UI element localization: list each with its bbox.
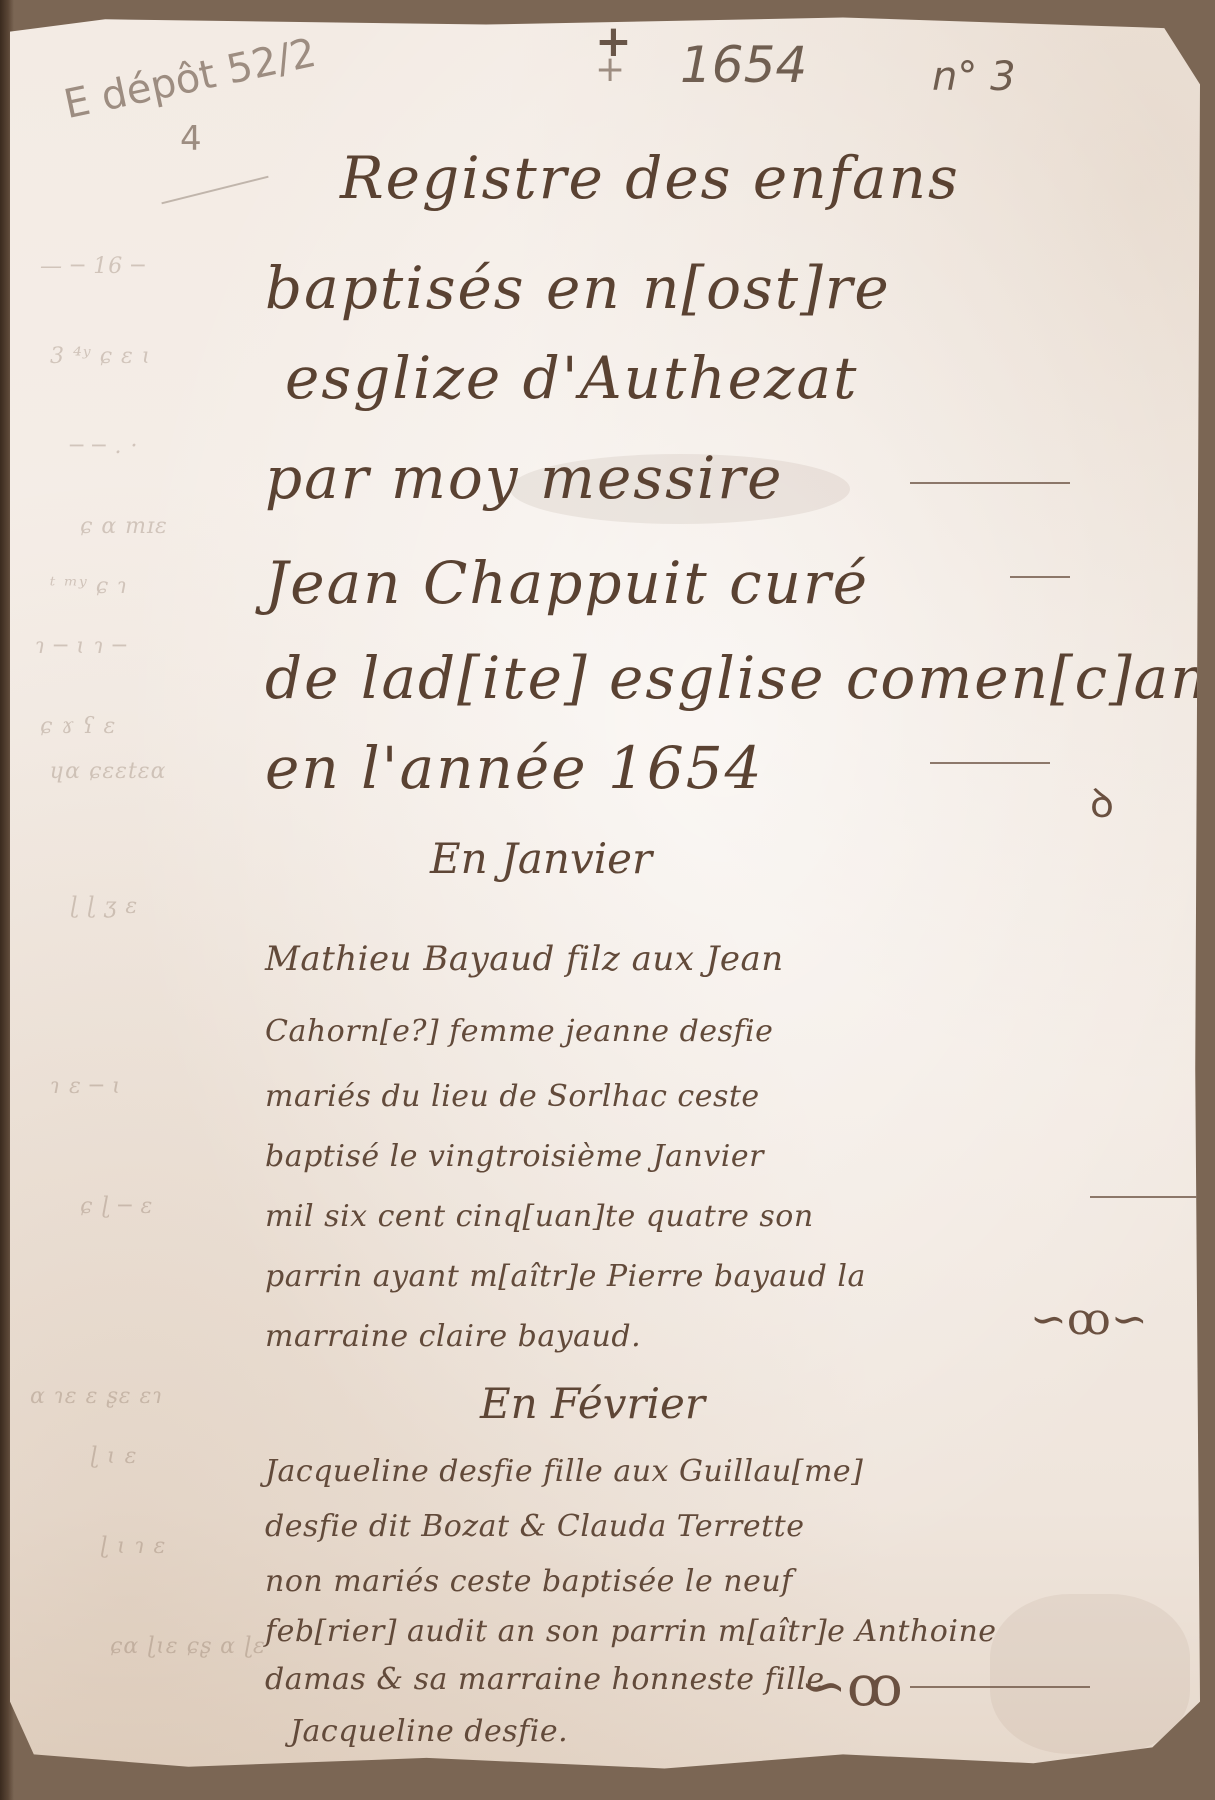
bleed-through-text: 3 ⁴ʸ ɕ ɛ ɩ	[50, 344, 151, 369]
number-label: n° 3	[932, 54, 1016, 100]
bleed-through-text: ɭ ɩ ɛ	[90, 1444, 137, 1469]
stain-mark	[990, 1594, 1190, 1754]
cross-mark-faint: +	[595, 49, 625, 90]
entry-january-line-2: Cahorn[e?] femme jeanne desfie	[265, 1014, 773, 1049]
entry-february-line-3: non mariés ceste baptisée le neuf	[265, 1564, 793, 1599]
entry-january-line-1: Mathieu Bayaud filz aux Jean	[265, 939, 784, 979]
entry-january-line-4: baptisé le vingtroisième Janvier	[265, 1139, 764, 1174]
title-line-2: baptisés en n[ost]re	[265, 254, 891, 322]
entry-february-line-4: feb[rier] audit an son parrin m[aîtr]e A…	[265, 1614, 997, 1649]
archive-reference: E dépôt 52/2	[60, 30, 320, 128]
title-line-4: par moy messire	[265, 444, 783, 512]
entry-january-line-7: marraine claire bayaud.	[265, 1319, 641, 1354]
bleed-through-text: ─ ─ . ·	[70, 434, 138, 459]
title-line-3: esglize d'Authezat	[285, 344, 858, 412]
bleed-through-text: ɥɑ ɕɛɛtɛɑ	[50, 759, 166, 784]
bleed-through-text: ɑ ɿɛ ɛ ʂɛ ɛɿ	[30, 1384, 163, 1409]
line-filler	[910, 482, 1070, 484]
bleed-through-text: — ─ 16 ─	[40, 254, 145, 279]
entry-february-line-1: Jacqueline desfie fille aux Guillau[me]	[265, 1454, 863, 1489]
title-line-7: en l'année 1654	[265, 734, 764, 802]
scanned-page-background: — ─ 16 ─ 3 ⁴ʸ ɕ ɛ ɩ ─ ─ . · ɕ ɑ mɪɛ ᵗ ᵐʸ…	[0, 0, 1215, 1800]
register-page: — ─ 16 ─ 3 ⁴ʸ ɕ ɛ ɩ ─ ─ . · ɕ ɑ mɪɛ ᵗ ᵐʸ…	[10, 14, 1200, 1772]
title-line-5: Jean Chappuit curé	[265, 549, 869, 617]
entry-january-line-3: mariés du lieu de Sorlhac ceste	[265, 1079, 760, 1114]
flourish-mark: ∽ꝏ∽	[1030, 1294, 1148, 1345]
entry-february-line-2: desfie dit Bozat & Clauda Terrette	[265, 1509, 804, 1544]
bleed-through-text: ɿ ɛ ─ ɩ	[50, 1074, 122, 1099]
bleed-through-text: ɕ ɑ mɪɛ	[80, 514, 168, 539]
line-filler	[910, 1686, 1090, 1688]
title-line-6: de lad[ite] esglise comen[c]ant	[265, 644, 1215, 712]
entry-february-line-5: damas & sa marraine honneste fille	[265, 1662, 825, 1697]
year-annotation: 1654	[680, 36, 807, 94]
entry-january-line-6: parrin ayant m[aîtr]e Pierre bayaud la	[265, 1259, 866, 1294]
line-filler	[1090, 1196, 1210, 1198]
bleed-through-text: ɕ ɭ ─ ɛ	[80, 1194, 153, 1219]
number-prefix: n°	[932, 54, 977, 100]
line-filler	[1010, 576, 1070, 578]
title-line-1: Registre des enfans	[340, 144, 960, 212]
month-heading-february: En Février	[480, 1379, 705, 1428]
number-value: 3	[990, 54, 1015, 100]
archive-sub-mark: 4	[180, 119, 202, 159]
bleed-through-text: ɿ ─ ɩ ɿ ─	[35, 634, 127, 659]
flourish-mark: ꝺ	[1090, 774, 1114, 829]
line-filler	[930, 762, 1050, 764]
month-heading-january: En Janvier	[430, 834, 652, 883]
bleed-through-text: ɭ ɩ ɿ ɛ	[100, 1534, 166, 1559]
bleed-through-text: ɭ ɭ ʒ ɛ	[70, 894, 138, 919]
entry-february-line-6: Jacqueline desfie.	[290, 1714, 568, 1749]
flourish-mark: ∽ꝏ	[800, 1654, 903, 1719]
pencil-stroke	[161, 176, 268, 205]
bleed-through-text: ɕɑ ɭɩɛ ɕʂ ɑ ɭɛ	[110, 1634, 266, 1659]
entry-january-line-5: mil six cent cinq[uan]te quatre son	[265, 1199, 814, 1234]
bleed-through-text: ɕ ɤ ʕ ɛ	[40, 714, 116, 739]
bleed-through-text: ᵗ ᵐʸ ɕ ɿ	[50, 574, 128, 599]
